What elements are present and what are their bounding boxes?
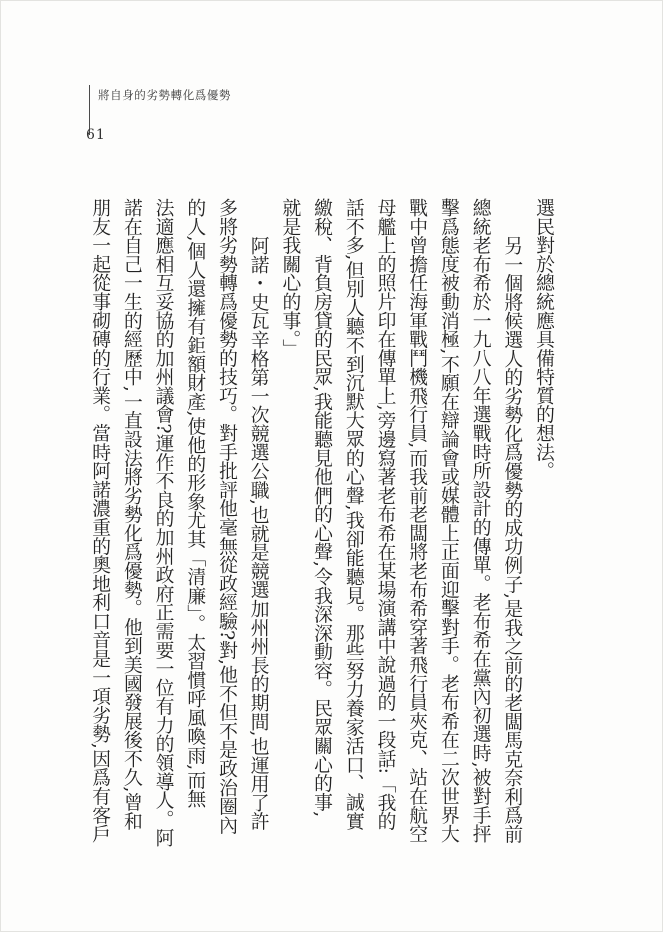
text-column: 戰中曾擔任海軍戰鬥機飛行員,而我前老闆將老布希穿著飛行員夾克、站在航空 (400, 198, 432, 860)
text-column: 朋友一起從事砌磚的行業。當時阿諾濃重的奧地利口音是一項劣勢,因爲有客戶 (83, 198, 115, 860)
text-column: 就是我關心的事。」 (274, 198, 306, 860)
text-column: 選民對於總統應具備特質的想法。 (527, 198, 559, 860)
text-column: 諾在自己一生的經歷中,一直設法將劣勢化爲優勢。他到美國發展後不久,曾和 (115, 198, 147, 860)
text-column: 總統老布希於一九八八年選戰時所設計的傳單。老布希在黨內初選時,被對手抨 (464, 198, 496, 860)
text-column: 擊爲態度被動消極,不願在辯論會或媒體上正面迎擊對手。老布希在二次世界大 (432, 198, 464, 860)
text-column: 話不多,但別人聽不到沉默大眾的心聲,我卻能聽見。那些努力養家活口、誠實 (337, 198, 369, 860)
page-number: 61 (86, 127, 106, 143)
text-column: 法適應相互妥協的加州議會?運作不良的加州政府正需要一位有力的領導人。阿 (147, 198, 179, 860)
book-page: 將自身的劣勢轉化爲優勢 61 選民對於總統應具備特質的想法。另一個將候選人的劣勢… (0, 0, 663, 932)
text-column: 多將劣勢轉爲優勢的技巧。對手批評他毫無從政經驗?對,他不但不是政治圈內 (210, 198, 242, 860)
text-column: 另一個將候選人的劣勢化爲優勢的成功例子,是我之前的老闆馬克奈利爲前 (496, 198, 528, 860)
text-column: 繳稅、背負房貸的民眾,我能聽見他們的心聲,令我深深動容。民眾關心的事, (305, 198, 337, 860)
text-column: 母艦上的照片印在傳單上,旁邊寫著老布希在某場演講中說過的一段話:「我的 (369, 198, 401, 860)
body-columns: 選民對於總統應具備特質的想法。另一個將候選人的劣勢化爲優勢的成功例子,是我之前的… (83, 198, 559, 860)
text-column: 阿諾・史瓦辛格第一次競選公職,也就是競選加州州長的期間,也運用了許 (242, 198, 274, 860)
running-head: 將自身的劣勢轉化爲優勢 (98, 87, 231, 103)
text-column: 的人,個人還擁有鉅額財產,使他的形象尤其「清廉」。太習慣呼風喚雨,而無 (179, 198, 211, 860)
